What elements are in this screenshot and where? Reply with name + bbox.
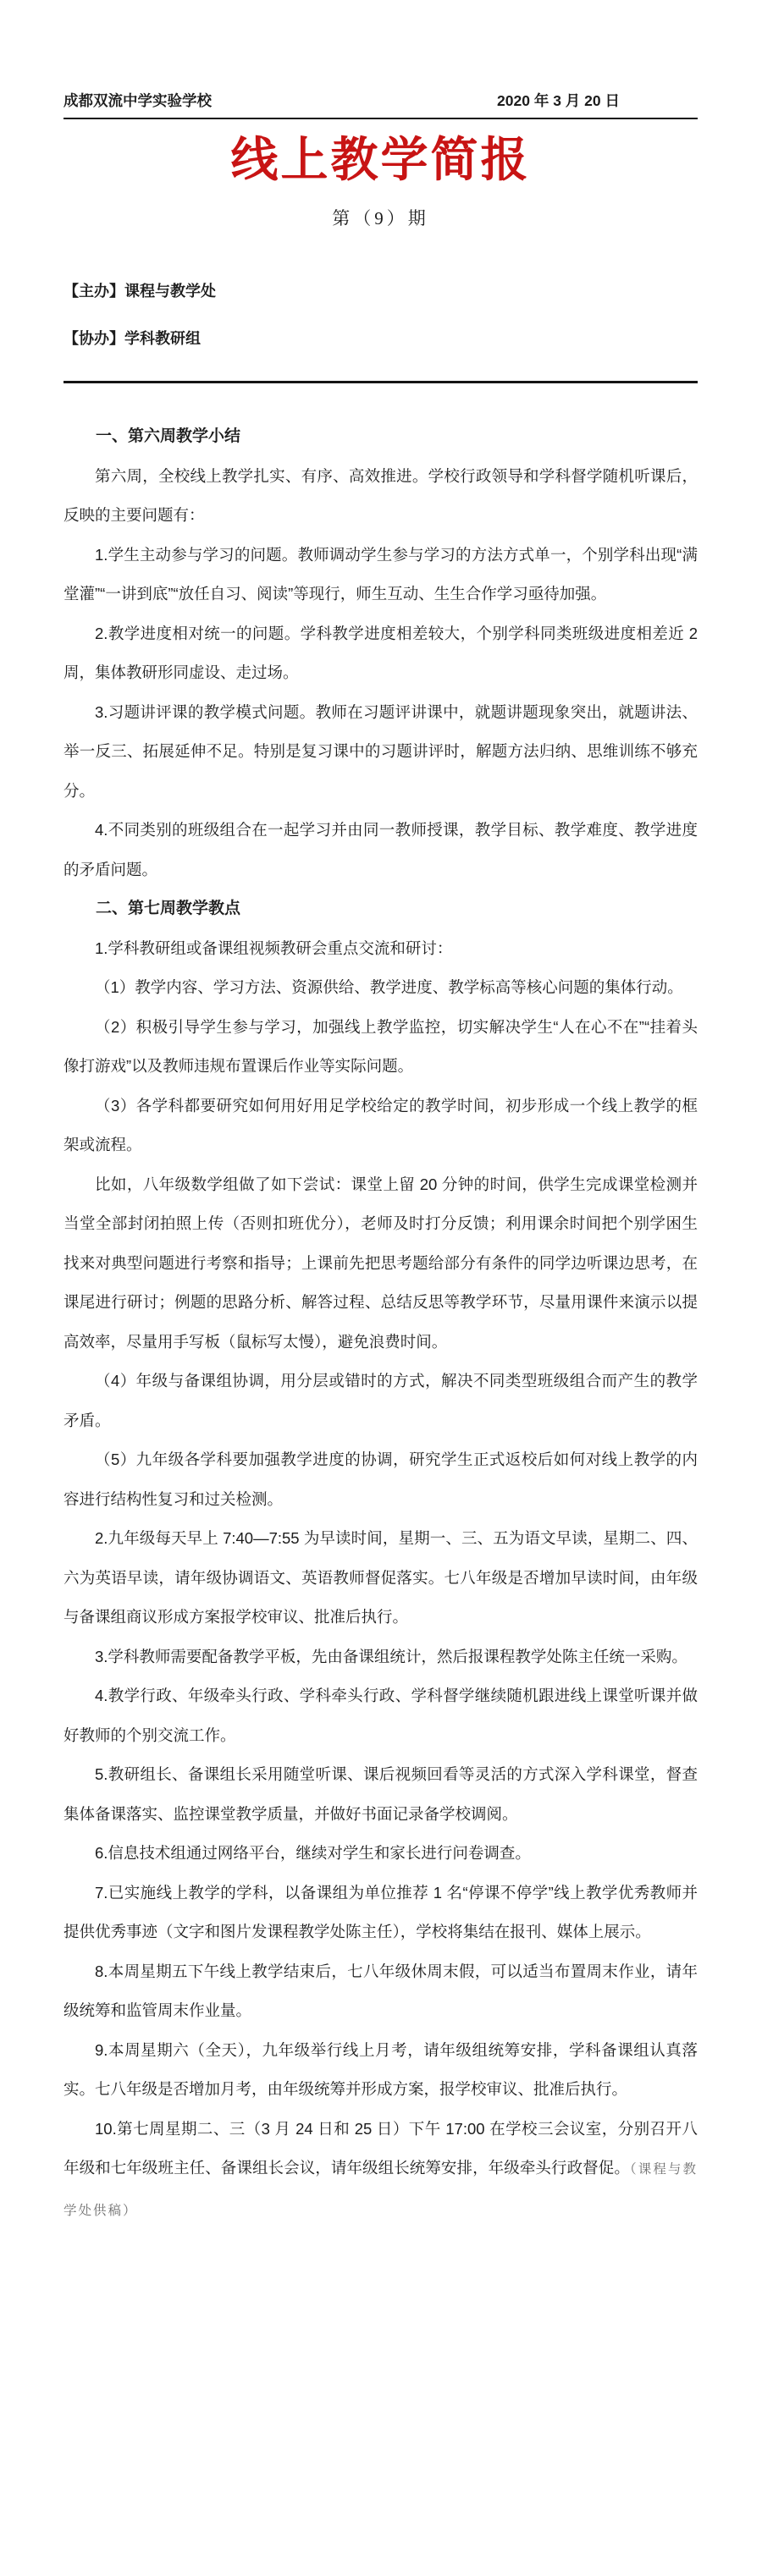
paragraph: 比如，八年级数学组做了如下尝试：课堂上留 20 分钟的时间，供学生完成课堂检测并… (63, 1165, 698, 1362)
paragraph: 6.信息技术组通过网络平台，继续对学生和家长进行问卷调查。 (63, 1834, 698, 1874)
paragraph: 4.教学行政、年级牵头行政、学科牵头行政、学科督学继续随机跟进线上课堂听课并做好… (63, 1676, 698, 1755)
paragraph: 1.学生主动参与学习的问题。教师调动学生参与学习的方法方式单一，个别学科出现“满… (63, 536, 698, 614)
paragraph: 1.学科教研组或备课组视频教研会重点交流和研讨： (63, 929, 698, 969)
section-divider-rule (63, 381, 698, 383)
paragraph: （4）年级与备课组协调，用分层或错时的方式，解决不同类型班级组合而产生的教学矛盾… (63, 1362, 698, 1440)
paragraph: （5）九年级各学科要加强教学进度的协调，研究学生正式返校后如何对线上教学的内容进… (63, 1440, 698, 1519)
paragraph: 4.不同类别的班级组合在一起学习并由同一教师授课，教学目标、教学难度、教学进度的… (63, 811, 698, 889)
paragraph: （1）教学内容、学习方法、资源供给、教学进度、教学标高等核心问题的集体行动。 (63, 968, 698, 1008)
section-2-heading: 二、第七周教学教点 (63, 889, 698, 929)
paragraph: 10.第七周星期二、三（3 月 24 日和 25 日）下午 17:00 在学校三… (63, 2110, 698, 2232)
paragraph: 3.学科教师需要配备教学平板，先由备课组统计，然后报课程教学处陈主任统一采购。 (63, 1638, 698, 1677)
paragraph: 7.已实施线上教学的学科，以备课组为单位推荐 1 名“停课不停学”线上教学优秀教… (63, 1874, 698, 1952)
issue-number: 第（9）期 (63, 205, 698, 230)
bulletin-title: 线上教学简报 (63, 131, 698, 188)
organizer-cohost: 【协办】学科教研组 (63, 327, 698, 349)
header-date: 2020 年 3 月 20 日 (497, 90, 620, 111)
school-name: 成都双流中学实验学校 (63, 90, 212, 111)
paragraph: 2.九年级每天早上 7:40—7:55 为早读时间，星期一、三、五为语文早读，星… (63, 1519, 698, 1638)
section-1-heading: 一、第六周教学小结 (63, 417, 698, 457)
paragraph: 3.习题讲评课的教学模式问题。教师在习题评讲课中，就题讲题现象突出，就题讲法、举… (63, 693, 698, 812)
paragraph: 2.教学进度相对统一的问题。学科教学进度相差较大，个别学科同类班级进度相差近 2… (63, 614, 698, 693)
paragraph: 8.本周星期五下午线上教学结束后，七八年级休周末假，可以适当布置周末作业，请年级… (63, 1952, 698, 2031)
page-header: 成都双流中学实验学校 2020 年 3 月 20 日 (63, 90, 698, 119)
organizer-host: 【主办】课程与教学处 (63, 279, 698, 301)
paragraph-text: 10.第七周星期二、三（3 月 24 日和 25 日）下午 17:00 在学校三… (63, 2120, 698, 2177)
paragraph: 5.教研组长、备课组长采用随堂听课、课后视频回看等灵活的方式深入学科课堂，督查集… (63, 1755, 698, 1834)
paragraph: （3）各学科都要研究如何用好用足学校给定的教学时间，初步形成一个线上教学的框架或… (63, 1087, 698, 1165)
document-page: 成都双流中学实验学校 2020 年 3 月 20 日 线上教学简报 第（9）期 … (0, 0, 762, 2349)
paragraph: 第六周，全校线上教学扎实、有序、高效推进。学校行政领导和学科督学随机听课后，反映… (63, 457, 698, 536)
paragraph: （2）积极引导学生参与学习，加强线上教学监控，切实解决学生“人在心不在”“挂着头… (63, 1008, 698, 1087)
paragraph: 9.本周星期六（全天），九年级举行线上月考，请年级组统筹安排，学科备课组认真落实… (63, 2031, 698, 2110)
